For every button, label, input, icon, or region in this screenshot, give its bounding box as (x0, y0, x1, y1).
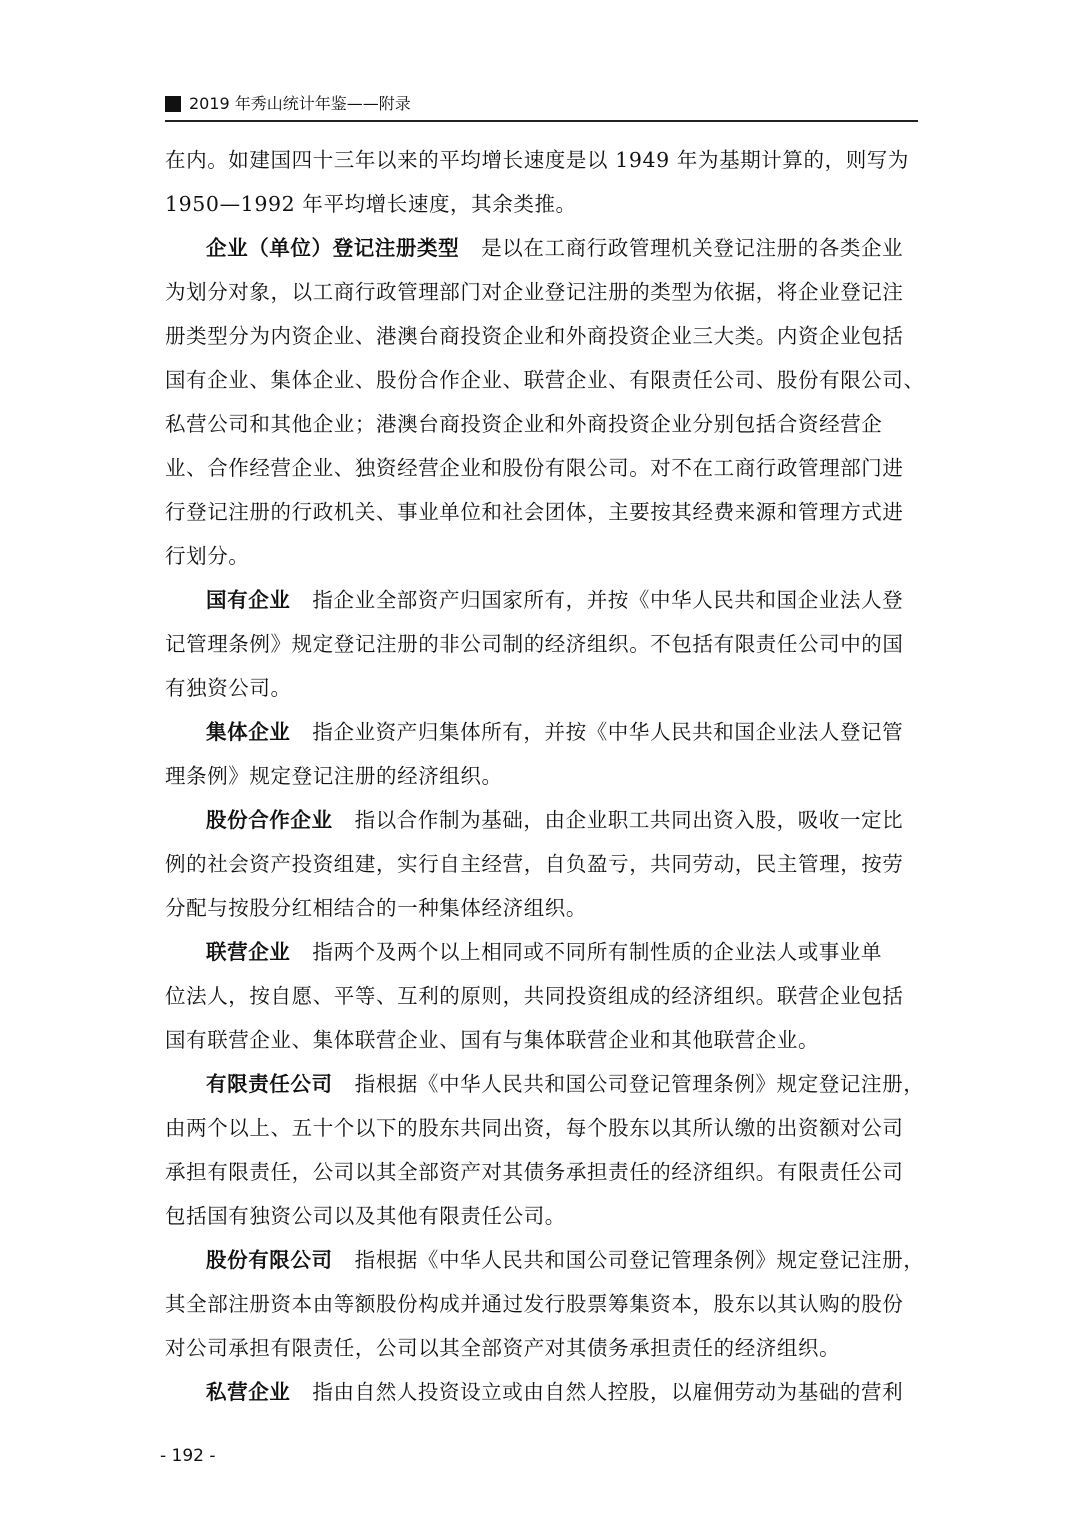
document-body: 在内。如建国四十三年以来的平均增长速度是以 1949 年为基期计算的，则写为 1… (165, 138, 915, 1414)
text-line: 国有企业、集体企业、股份合作企业、联营企业、有限责任公司、股份有限公司、 (165, 358, 915, 402)
definition-term: 有限责任公司 (206, 1072, 333, 1096)
text-line: 指根据《中华人民共和国公司登记管理条例》规定登记注册， (355, 1072, 925, 1096)
definition-term: 联营企业 (206, 940, 290, 964)
text-line: 指以合作制为基础，由企业职工共同出资入股，吸收一定比 (355, 808, 904, 832)
definition-term: 集体企业 (206, 720, 290, 744)
text-line: 理条例》规定登记注册的经济组织。 (165, 754, 915, 798)
text-line: 记管理条例》规定登记注册的非公司制的经济组织。不包括有限责任公司中的国 (165, 622, 915, 666)
definition-limited-liability: 有限责任公司指根据《中华人民共和国公司登记管理条例》规定登记注册， 由两个以上、… (165, 1062, 915, 1238)
text-line: 位法人，按自愿、平等、互利的原则，共同投资组成的经济组织。联营企业包括 (165, 974, 915, 1018)
text-line: 是以在工商行政管理机关登记注册的各类企业 (481, 236, 903, 260)
definition-registration-type: 企业（单位）登记注册类型是以在工商行政管理机关登记注册的各类企业 为划分对象，以… (165, 226, 915, 578)
header-square-marker-icon (165, 96, 181, 112)
running-header-title: 2019 年秀山统计年鉴——附录 (189, 94, 411, 114)
paragraph-continuation: 在内。如建国四十三年以来的平均增长速度是以 1949 年为基期计算的，则写为 1… (165, 138, 915, 226)
definition-term: 企业（单位）登记注册类型 (206, 236, 459, 260)
text-line: 指由自然人投资设立或由自然人控股，以雇佣劳动为基础的营利 (312, 1380, 903, 1404)
page-number: - 192 - (160, 1446, 216, 1466)
text-line: 指企业资产归集体所有，并按《中华人民共和国企业法人登记管 (312, 720, 903, 744)
text-line: 为划分对象，以工商行政管理部门对企业登记注册的类型为依据，将企业登记注 (165, 270, 915, 314)
definition-term: 股份合作企业 (206, 808, 333, 832)
text-line: 指根据《中华人民共和国公司登记管理条例》规定登记注册， (355, 1248, 925, 1272)
text-line: 业、合作经营企业、独资经营企业和股份有限公司。对不在工商行政管理部门进 (165, 446, 915, 490)
text-line: 包括国有独资公司以及其他有限责任公司。 (165, 1194, 915, 1238)
text-line: 在内。如建国四十三年以来的平均增长速度是以 1949 年为基期计算的，则写为 (165, 138, 915, 182)
text-line: 册类型分为内资企业、港澳台商投资企业和外商投资企业三大类。内资企业包括 (165, 314, 915, 358)
definition-term: 私营企业 (206, 1380, 290, 1404)
text-line: 对公司承担有限责任，公司以其全部资产对其债务承担责任的经济组织。 (165, 1326, 915, 1370)
definition-joint-stock-cooperative: 股份合作企业指以合作制为基础，由企业职工共同出资入股，吸收一定比 例的社会资产投… (165, 798, 915, 930)
text-line: 行登记注册的行政机关、事业单位和社会团体，主要按其经费来源和管理方式进 (165, 490, 915, 534)
text-line: 其全部注册资本由等额股份构成并通过发行股票筹集资本，股东以其认购的股份 (165, 1282, 915, 1326)
text-line: 例的社会资产投资组建，实行自主经营，自负盈亏，共同劳动，民主管理，按劳 (165, 842, 915, 886)
definition-state-owned: 国有企业指企业全部资产归国家所有，并按《中华人民共和国企业法人登 记管理条例》规… (165, 578, 915, 710)
text-line: 行划分。 (165, 534, 915, 578)
text-line: 国有联营企业、集体联营企业、国有与集体联营企业和其他联营企业。 (165, 1018, 915, 1062)
text-line: 指两个及两个以上相同或不同所有制性质的企业法人或事业单 (312, 940, 882, 964)
definition-collective: 集体企业指企业资产归集体所有，并按《中华人民共和国企业法人登记管 理条例》规定登… (165, 710, 915, 798)
definition-joint-venture: 联营企业指两个及两个以上相同或不同所有制性质的企业法人或事业单 位法人，按自愿、… (165, 930, 915, 1062)
text-line: 分配与按股分红相结合的一种集体经济组织。 (165, 886, 915, 930)
definition-joint-stock-limited: 股份有限公司指根据《中华人民共和国公司登记管理条例》规定登记注册， 其全部注册资… (165, 1238, 915, 1370)
text-line: 指企业全部资产归国家所有，并按《中华人民共和国企业法人登 (312, 588, 903, 612)
text-line: 有独资公司。 (165, 666, 915, 710)
text-line: 由两个以上、五十个以下的股东共同出资，每个股东以其所认缴的出资额对公司 (165, 1106, 915, 1150)
text-line: 承担有限责任，公司以其全部资产对其债务承担责任的经济组织。有限责任公司 (165, 1150, 915, 1194)
text-line: 私营公司和其他企业；港澳台商投资企业和外商投资企业分别包括合资经营企 (165, 402, 915, 446)
definition-term: 股份有限公司 (206, 1248, 333, 1272)
definition-private: 私营企业指由自然人投资设立或由自然人控股，以雇佣劳动为基础的营利 (165, 1370, 915, 1414)
running-header: 2019 年秀山统计年鉴——附录 (165, 94, 918, 122)
text-line: 1950—1992 年平均增长速度，其余类推。 (165, 182, 915, 226)
definition-term: 国有企业 (206, 588, 290, 612)
